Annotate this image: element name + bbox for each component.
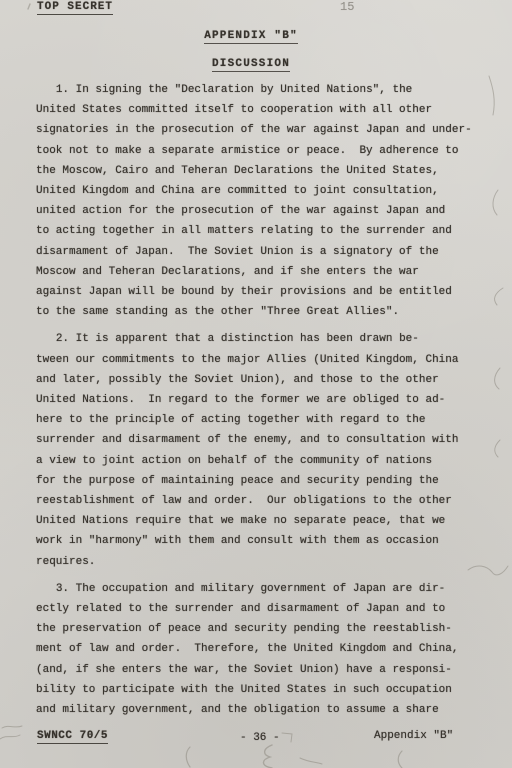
pencil-arrow-icon <box>282 733 292 742</box>
paragraph-1: 1. In signing the "Declaration by United… <box>36 80 498 322</box>
appendix-title-row: APPENDIX "B" <box>0 25 502 44</box>
scanned-document-page: TOP SECRET 15 APPENDIX "B" DISCUSSION 1.… <box>0 0 512 768</box>
paragraph-3: 3. The occupation and military governmen… <box>36 579 498 720</box>
page-number: 15 <box>340 0 354 14</box>
section-title-row: DISCUSSION <box>0 53 502 72</box>
footer-page-number: - 36 - <box>240 732 280 744</box>
pencil-brace-icon <box>263 745 272 768</box>
document-body: 1. In signing the "Declaration by United… <box>36 80 498 727</box>
pencil-squiggle-icon <box>300 758 322 764</box>
pencil-squiggle-icon <box>0 735 20 739</box>
doc-reference: SWNCC 70/5 <box>37 730 108 744</box>
pencil-squiggle-icon <box>2 726 22 728</box>
pencil-brace-icon <box>398 751 402 768</box>
classification-stamp: TOP SECRET <box>37 1 113 15</box>
section-title: DISCUSSION <box>212 58 290 72</box>
paragraph-2: 2. It is apparent that a distinction has… <box>36 329 498 571</box>
pencil-brace-icon <box>186 747 190 767</box>
footer-appendix-label: Appendix "B" <box>374 730 453 742</box>
pencil-tick-icon <box>28 4 30 9</box>
appendix-title: APPENDIX "B" <box>204 30 298 44</box>
